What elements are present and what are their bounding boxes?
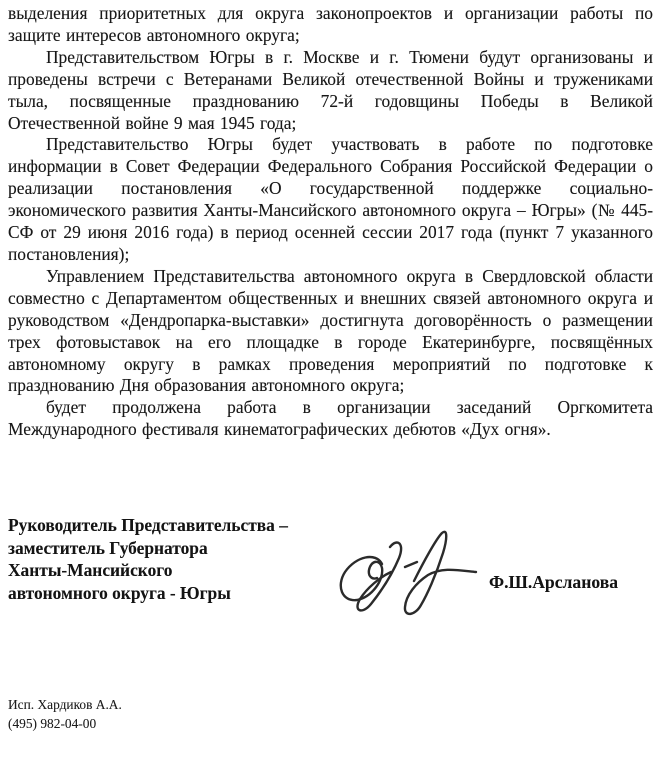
executor-info: Исп. Хардиков А.А. (495) 982-04-00 (8, 696, 122, 733)
executor-phone: (495) 982-04-00 (8, 715, 122, 734)
signatory-title-line: Ханты-Мансийского (8, 559, 358, 582)
document-page: выделения приоритетных для округа законо… (0, 0, 660, 779)
signatory-title-line: автономного округа - Югры (8, 582, 358, 605)
paragraph: Представительство Югры будет участвовать… (8, 134, 653, 265)
signatory-title-line: Руководитель Представительства – (8, 514, 358, 537)
paragraph: Управлением Представительства автономног… (8, 266, 653, 397)
signatory-title-block: Руководитель Представительства – замести… (8, 514, 358, 604)
paragraph: Представительством Югры в г. Москве и г.… (8, 47, 653, 135)
signee-name: Ф.Ш.Арсланова (489, 572, 618, 593)
paragraph: будет продолжена работа в организации за… (8, 397, 653, 441)
document-body: выделения приоритетных для округа законо… (8, 3, 653, 441)
handwritten-signature (328, 522, 483, 637)
paragraph: выделения приоритетных для округа законо… (8, 3, 653, 47)
signatory-title-line: заместитель Губернатора (8, 537, 358, 560)
executor-name: Исп. Хардиков А.А. (8, 696, 122, 715)
